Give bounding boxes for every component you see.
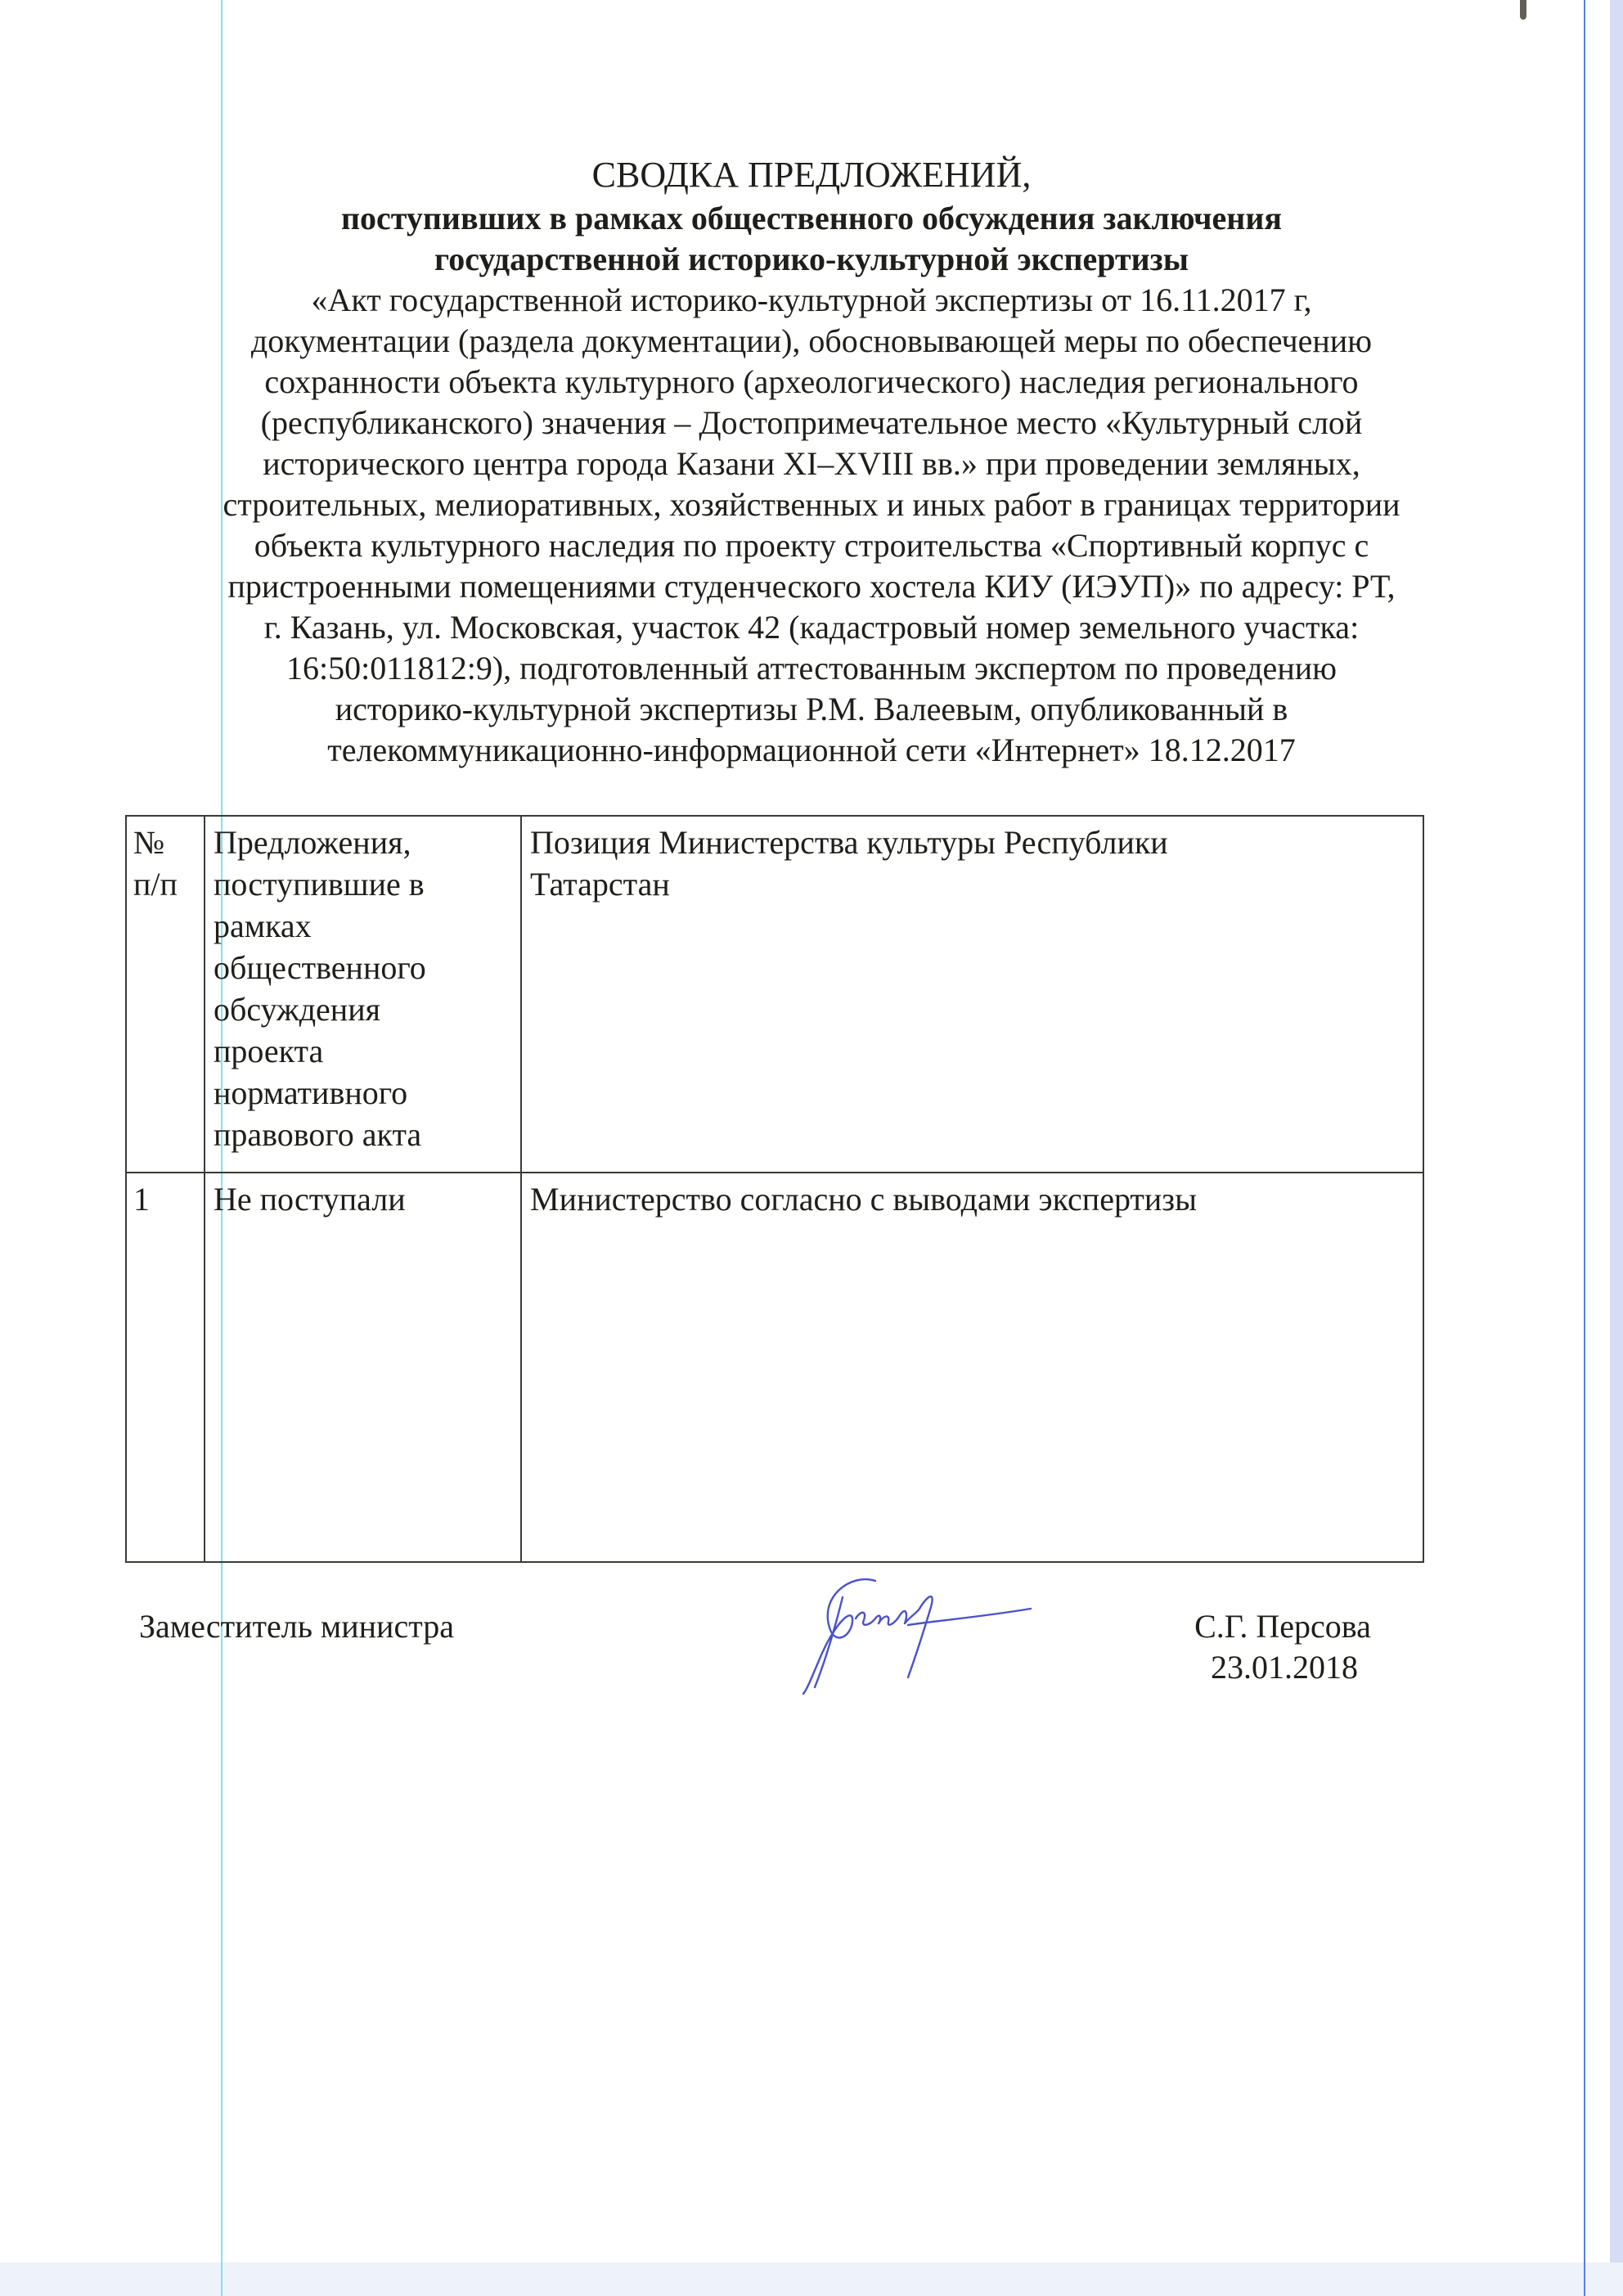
document-heading: СВОДКА ПРЕДЛОЖЕНИЙ, поступивших в рамках… xyxy=(0,152,1623,771)
header-number: № п/п xyxy=(126,816,205,1173)
scan-bottom-strip xyxy=(0,2262,1623,2296)
signatory-name: С.Г. Персова xyxy=(1176,1606,1389,1647)
document-subtitle-line: государственной историко-культурной эксп… xyxy=(0,239,1623,280)
table-header-row: № п/п Предложения, поступившие в рамках … xyxy=(126,816,1423,1173)
row-proposals: Не поступали xyxy=(205,1173,521,1562)
header-proposals: Предложения, поступившие в рамках общест… xyxy=(205,816,521,1173)
description-line: документации (раздела документации), обо… xyxy=(0,321,1623,362)
description-line: (республиканского) значения – Достоприме… xyxy=(0,403,1623,443)
handwritten-signature-icon xyxy=(785,1573,1055,1695)
table-row: 1 Не поступали Министерство согласно с в… xyxy=(126,1173,1423,1562)
header-ministry-position: Позиция Министерства культуры Республики… xyxy=(521,816,1423,1173)
document-subtitle-line: поступивших в рамках общественного обсуж… xyxy=(0,198,1623,239)
row-ministry-position: Министерство согласно с выводами эксперт… xyxy=(521,1173,1423,1562)
description-line: строительных, мелиоративных, хозяйственн… xyxy=(0,484,1623,525)
description-line: исторического центра города Казани XI–XV… xyxy=(0,443,1623,484)
document-title: СВОДКА ПРЕДЛОЖЕНИЙ, xyxy=(0,152,1623,198)
row-number: 1 xyxy=(126,1173,205,1562)
description-line: историко-культурной экспертизы Р.М. Вале… xyxy=(0,689,1623,730)
description-line: пристроенными помещениями студенческого … xyxy=(0,566,1623,607)
description-line: «Акт государственной историко-культурной… xyxy=(0,280,1623,321)
description-line: г. Казань, ул. Московская, участок 42 (к… xyxy=(0,607,1623,648)
proposals-table: № п/п Предложения, поступившие в рамках … xyxy=(125,815,1424,1563)
description-line: объекта культурного наследия по проекту … xyxy=(0,525,1623,566)
description-line: сохранности объекта культурного (археоло… xyxy=(0,362,1623,403)
description-line: 16:50:011812:9), подготовленный аттестов… xyxy=(0,648,1623,689)
signatory-title: Заместитель министра xyxy=(139,1606,454,1647)
signature-date: 23.01.2018 xyxy=(1186,1647,1382,1688)
description-line: телекоммуникационно-информационной сети … xyxy=(0,730,1623,771)
scan-corner-mark xyxy=(1520,0,1526,20)
